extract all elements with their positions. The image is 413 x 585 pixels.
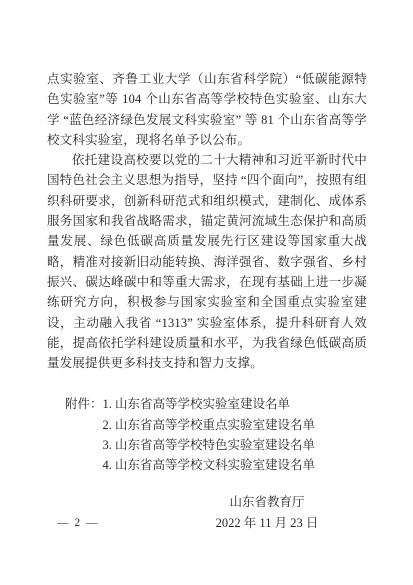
issuer-name: 山东省教育厅	[182, 492, 352, 513]
attachment-item-2: 2. 山东省高等学校重点实验室建设名单	[103, 415, 367, 435]
attachment-item-4: 4. 山东省高等学校文科实验室建设名单	[103, 455, 367, 475]
document-body: 点实验室、齐鲁工业大学（山东省科学院）“低碳能源特色实验室”等 104 个山东省…	[47, 69, 367, 373]
attachments-label: 附件：	[65, 394, 103, 475]
attachments-section: 附件： 1. 山东省高等学校实验室建设名单 2. 山东省高等学校重点实验室建设名…	[65, 394, 367, 475]
signature-block: 山东省教育厅 2022 年 11 月 23 日	[182, 492, 352, 534]
attachment-item-3: 3. 山东省高等学校特色实验室建设名单	[103, 435, 367, 455]
document-page: 点实验室、齐鲁工业大学（山东省科学院）“低碳能源特色实验室”等 104 个山东省…	[0, 0, 413, 585]
page-number: — 2 —	[57, 517, 99, 529]
issue-date: 2022 年 11 月 23 日	[182, 513, 352, 534]
body-paragraph-2: 依托建设高校要以党的二十大精神和习近平新时代中国特色社会主义思想为指导，坚持 “…	[47, 150, 367, 373]
attachments-list: 1. 山东省高等学校实验室建设名单 2. 山东省高等学校重点实验室建设名单 3.…	[103, 394, 367, 475]
attachment-item-1: 1. 山东省高等学校实验室建设名单	[103, 394, 367, 414]
body-paragraph-1: 点实验室、齐鲁工业大学（山东省科学院）“低碳能源特色实验室”等 104 个山东省…	[47, 69, 367, 150]
